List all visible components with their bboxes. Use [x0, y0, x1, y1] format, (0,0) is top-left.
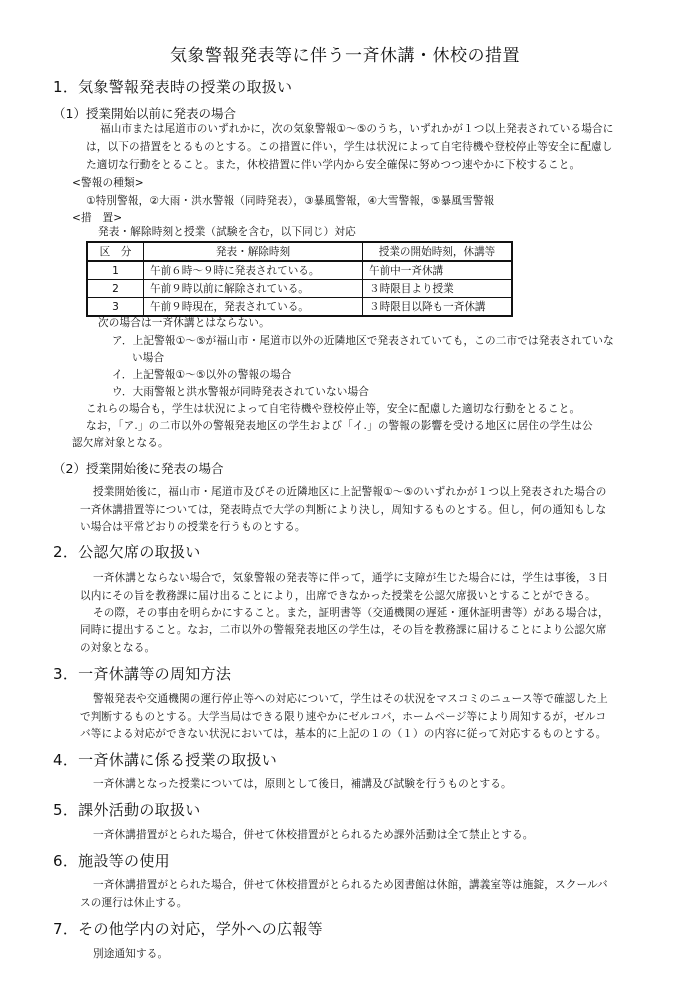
warning-types-list: ①特別警報，②大雨・洪水警報（同時発表），③暴風警報，④大雪警報，⑤暴風雪警報 [86, 193, 494, 211]
paragraph-line: 一斉休講措置がとられた場合，併せて休校措置がとられるため課外活動は全て禁止とする… [93, 827, 534, 845]
paragraph-line: 認欠席対象となる。 [72, 435, 169, 453]
paragraph-line: 一斉休講措置がとられた場合，併せて休校措置がとられるため図書館は休館，講義室等は… [93, 877, 608, 895]
paragraph-line: スの運行は休止する。 [80, 895, 187, 913]
paragraph-line: は，以下の措置をとるものとする。この措置に伴い，学生は状況によって自宅待機や登校… [86, 139, 612, 157]
paragraph-line: これらの場合も，学生は状況によって自宅待機や登校停止等，安全に配慮した適切な行動… [86, 401, 580, 419]
paragraph-line: 以内にその旨を教務課に届け出ることにより，出席できなかった授業を公認欠席扱いとす… [80, 588, 596, 606]
table-header-cell: 区 分 [87, 242, 144, 261]
table-header-cell: 授業の開始時刻，休講等 [363, 242, 513, 261]
paragraph-line: 一斉休講措置等については，発表時点で大学の判断により決し，周知するものとする。但… [80, 502, 606, 520]
paragraph-line: 警報発表や交通機関の運行停止等への対応について，学生はその状況をマスコミのニュー… [93, 691, 608, 709]
paragraph-line: た適切な行動をとること。また，休校措置に伴い学内から安全確保に努めつつ速やかに下… [86, 157, 580, 175]
table-cell: 1 [87, 261, 144, 280]
paragraph-line: 同時に提出すること。なお，二市以外の警報発表地区の学生は，その旨を教務課に届ける… [80, 622, 606, 640]
paragraph-line: 別途通知する。 [93, 946, 168, 964]
exception-item: ウ．大雨警報と洪水警報が同時発表されていない場合 [112, 384, 369, 402]
table-cell: 午前６時〜９時に発表されている。 [144, 261, 363, 280]
paragraph-line: バ等による対応ができない状況においては，基本的に上記の１の（１）の内容に従って対… [80, 726, 606, 744]
exceptions-intro: 次の場合は一斉休講とはならない。 [98, 315, 270, 333]
document-title: 気象警報発表等に伴う一斉休講・休校の措置 [170, 41, 520, 66]
section-7-heading: 7．その他学内の対応，学外への広報等 [53, 918, 323, 939]
table-cell: 3 [87, 298, 144, 317]
table-cell: 午前９時以前に解除されている。 [144, 280, 363, 298]
measures-table: 区 分 発表・解除時刻 授業の開始時刻，休講等 1 午前６時〜９時に発表されてい… [86, 241, 513, 317]
section-5-heading: 5．課外活動の取扱い [53, 799, 201, 820]
paragraph-line: なお，「ア.」の二市以外の警報発表地区の学生および「イ.」の警報の影響を受ける地… [86, 418, 593, 436]
table-cell: 午前９時現在，発表されている。 [144, 298, 363, 317]
paragraph-line: い場合は平常どおりの授業を行うものとする。 [80, 519, 306, 537]
table-caption: 発表・解除時刻と授業（試験を含む，以下同じ）対応 [98, 224, 356, 242]
subsection-1-2-heading: （2）授業開始後に発表の場合 [53, 459, 223, 477]
table-header-row: 区 分 発表・解除時刻 授業の開始時刻，休講等 [87, 242, 512, 261]
table-cell: ３時限目以降も一斉休講 [363, 298, 513, 317]
section-4-heading: 4．一斉休講に係る授業の取扱い [53, 749, 277, 770]
section-6-heading: 6．施設等の使用 [53, 850, 170, 871]
table-row: 2 午前９時以前に解除されている。 ３時限目より授業 [87, 280, 512, 298]
subsection-1-1-heading: （1）授業開始以前に発表の場合 [53, 104, 236, 122]
table-cell: 午前中一斉休講 [363, 261, 513, 280]
section-2-heading: 2．公認欠席の取扱い [53, 541, 201, 562]
paragraph-line: その際，その事由を明らかにすること。また，証明書等（交通機関の遅延・運休証明書等… [93, 605, 609, 623]
paragraph-line: の対象となる。 [80, 640, 155, 658]
table-cell: 2 [87, 280, 144, 298]
exception-item-continued: い場合 [132, 350, 164, 368]
paragraph-line: 一斉休講とならない場合で，気象警報の発表等に伴って，通学に支障が生じた場合には，… [93, 570, 608, 588]
paragraph-line: 授業開始後に，福山市・尾道市及びその近隣地区に上記警報①〜⑤のいずれかが１つ以上… [93, 484, 607, 502]
warning-types-label: <警報の種類> [72, 175, 144, 193]
table-row: 3 午前９時現在，発表されている。 ３時限目以降も一斉休講 [87, 298, 512, 317]
section-3-heading: 3．一斉休講等の周知方法 [53, 663, 231, 684]
table-cell: ３時限目より授業 [363, 280, 513, 298]
paragraph-line: で判断するものとする。大学当局はできる限り速やかにゼルコバ，ホームページ等により… [80, 709, 606, 727]
exception-item: ア．上記警報①〜⑤が福山市・尾道市以外の近隣地区で発表されていても，この二市では… [112, 333, 614, 351]
table-header-cell: 発表・解除時刻 [144, 242, 363, 261]
section-1-heading: 1．気象警報発表時の授業の取扱い [53, 76, 292, 97]
exception-item: イ．上記警報①〜⑤以外の警報の場合 [112, 367, 292, 385]
table-row: 1 午前６時〜９時に発表されている。 午前中一斉休講 [87, 261, 512, 280]
paragraph-line: 一斉休講となった授業については，原則として後日，補講及び試験を行うものとする。 [93, 776, 512, 794]
paragraph-line: 福山市または尾道市のいずれかに，次の気象警報①〜⑤のうち，いずれかが１つ以上発表… [100, 121, 614, 139]
